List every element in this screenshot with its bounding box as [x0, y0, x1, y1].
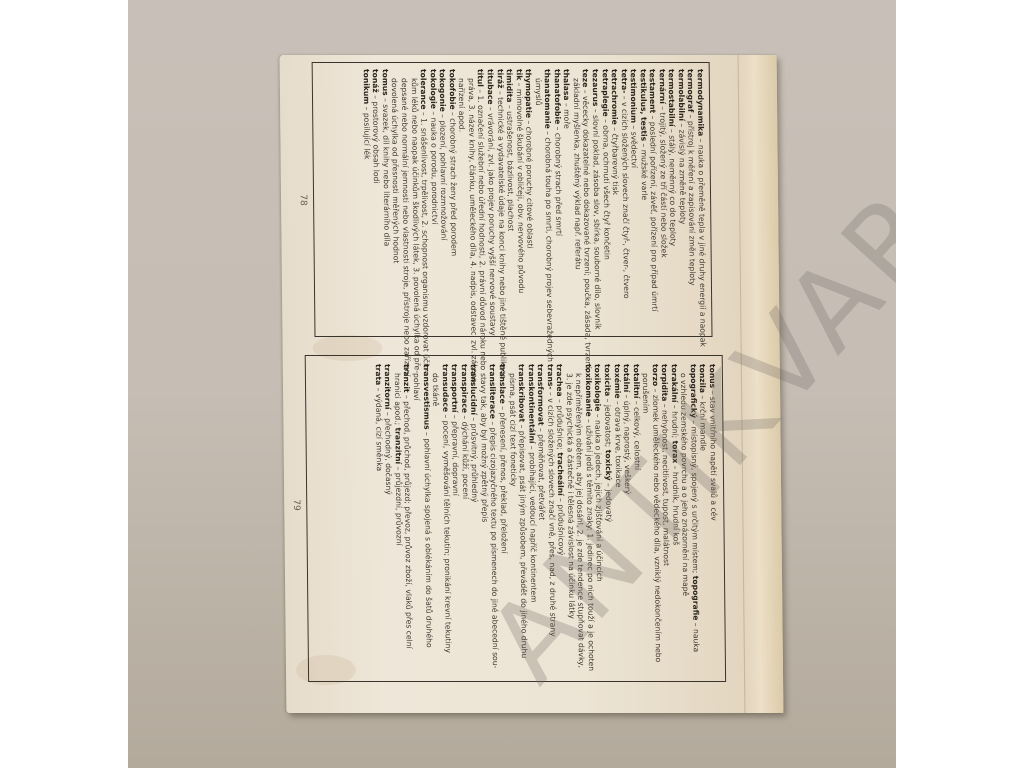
glossary-term: thanatofobie: [552, 69, 562, 124]
glossary-term: trans-: [545, 364, 554, 390]
glossary-term: titubace: [486, 69, 495, 104]
glossary-term: transportní: [450, 364, 460, 412]
glossary-term: translace: [498, 364, 507, 404]
glossary-definition: – nauka o porodu, porodnictví: [429, 109, 439, 224]
glossary-term: termograf: [686, 69, 695, 112]
glossary-term: translucidní: [469, 364, 479, 415]
glossary-term: totalitní: [631, 364, 640, 398]
page-78: termodynamika – nauka o přeměně tepla v …: [312, 62, 713, 337]
glossary-term: topografie: [691, 576, 700, 621]
glossary-term: tonzila: [698, 364, 707, 393]
glossary-term: torzo: [651, 364, 660, 386]
glossary-definition: – probíhající, vedoucí napříč kontinente…: [527, 443, 538, 602]
glossary-term: transpirace: [460, 364, 470, 413]
glossary-definition: – stálý, neměnný co do teploty: [668, 127, 678, 247]
glossary-definition: – průsvitný, průhledný: [470, 415, 480, 503]
glossary-term: toxický: [604, 450, 613, 481]
glossary-term: tonikum: [362, 69, 371, 104]
glossary-term: termodynamika: [696, 69, 706, 136]
glossary-definition: – čtyřbarevný tisk: [610, 125, 620, 195]
glossary-definition: – jedovatost;: [603, 396, 613, 450]
glossary-definition: – chorobný strach ženy před porodem: [448, 110, 459, 257]
glossary-definition: – výdaná, cizí směnka: [374, 385, 384, 471]
glossary-term: tetra-: [619, 69, 628, 93]
glossary-definition: – mužské varle: [639, 141, 649, 200]
glossary-term: testimonium: [629, 69, 639, 123]
glossary-term: tranzitorní: [383, 364, 392, 410]
glossary-definition: – přeměňovat, přetvářet: [537, 426, 547, 521]
glossary-term: torpidita: [660, 364, 669, 401]
glossary-definition: – trojitý, složený ze tří částí nebo slo…: [658, 104, 669, 258]
glossary-term: testikulus, testis: [638, 69, 648, 141]
glossary-definition: – svazek, díl knihy nebo literárního díl…: [381, 96, 392, 247]
booklet: termodynamika – nauka o přeměně tepla v …: [280, 55, 784, 713]
glossary-term: termolabilní: [677, 69, 687, 121]
glossary-definition: – hrudník, hrudní koš: [671, 463, 681, 545]
glossary-term: transkontinentální: [526, 364, 536, 443]
glossary-definition: – jedovatý: [604, 481, 613, 523]
glossary-term: transvestismus: [421, 364, 431, 430]
glossary-term: tik: [514, 69, 523, 80]
glossary-definition: – otrava krve, toxikace: [613, 399, 623, 488]
glossary-term: transudace: [440, 364, 450, 412]
glossary-term: ternární: [658, 69, 667, 104]
glossary-definition: – moře: [562, 101, 571, 129]
glossary-term: transliterace: [488, 364, 498, 419]
glossary-definition: – plození, pohlavní rozmnožování: [438, 112, 448, 241]
glossary-definition: – dýchání kůží, pocení: [460, 413, 470, 499]
glossary-definition: – prostorový obsah lodi: [371, 93, 381, 184]
glossary-term: toxémie: [612, 364, 621, 399]
glossary-definition: – posilující lék: [362, 104, 372, 159]
glossary-list-page-79: tonus – stav vnitřního napětí svalů a cé…: [373, 364, 720, 676]
glossary-term: thymopatie: [524, 69, 534, 118]
glossary-definition: – krční mandle: [699, 393, 709, 451]
glossary-term: tonáž: [371, 69, 380, 93]
glossary-list-page-78: termodynamika – nauka o přeměně tepla v …: [361, 69, 707, 331]
page-number-79: 79: [291, 499, 301, 510]
glossary-definition: – průdušnice;: [555, 397, 565, 453]
glossary-term: tokologie: [428, 69, 437, 109]
glossary-term: thalasa: [562, 69, 571, 101]
glossary-term: tetrachromie: [610, 69, 620, 125]
glossary-definition: – průjezdní, průvozní: [394, 464, 404, 546]
glossary-term: toxikomanie: [584, 364, 594, 417]
glossary-term: torakální: [670, 364, 679, 403]
glossary-definition: – hrudní;: [670, 403, 679, 441]
glossary-definition: – nauka o jedech, jejich zjišťování a úč…: [594, 411, 605, 581]
glossary-term: totální: [622, 364, 631, 392]
glossary-definition: – chorobné poruchy citové oblasti: [524, 118, 534, 249]
glossary-term: teze: [581, 69, 590, 87]
glossary-definition: – přístroj k měření a zapisování změn te…: [687, 112, 698, 285]
glossary-definition: – svědectví: [629, 123, 638, 168]
glossary-term: toxikologie: [593, 364, 602, 411]
glossary-term: trata: [374, 364, 383, 385]
glossary-definition: – celkový, celostní: [632, 398, 642, 470]
glossary-definition: – přenesení, přenos, překlad, přeložení: [498, 404, 509, 554]
glossary-definition: – obrna, ochrnutí všech čtyř končetin: [601, 117, 611, 260]
glossary-term: trachea: [555, 364, 564, 397]
photo-background: termodynamika – nauka o přeměně tepla v …: [128, 0, 896, 768]
glossary-definition: – úplný, naprostý, veškerý: [622, 392, 632, 494]
glossary-term: testament: [648, 69, 657, 113]
glossary-definition: – stav vnitřního napětí svalů a cév: [708, 388, 718, 521]
glossary-definition: – závislý na změně teploty: [677, 121, 687, 224]
glossary-definition: – nauka: [691, 620, 700, 652]
page-79: tonus – stav vnitřního napětí svalů a cé…: [305, 355, 726, 682]
glossary-term: tomus: [381, 69, 390, 96]
glossary-entry: termodynamika – nauka o přeměně tepla v …: [695, 69, 707, 331]
glossary-term: titul: [476, 69, 485, 87]
page-number-78: 78: [298, 194, 308, 205]
glossary-definition: – průdušnicový: [556, 496, 566, 556]
glossary-term: torax: [670, 441, 679, 464]
glossary-term: termostabilní: [667, 69, 677, 127]
glossary-term: tracheální: [556, 452, 565, 495]
glossary-term: tiráž: [495, 69, 504, 89]
glossary-term: tezaurus: [591, 69, 600, 106]
glossary-term: tokofobie: [447, 69, 456, 110]
glossary-term: tokogonie: [438, 69, 447, 112]
glossary-term: tonus: [708, 364, 717, 388]
glossary-definition: – přepravní, dopravní: [451, 412, 461, 495]
glossary-term: tetraplegie: [600, 69, 609, 117]
glossary-term: tranzitní: [393, 428, 402, 465]
glossary-definition: – nauka o přeměně tepla v jiné druhy ene…: [696, 136, 707, 347]
booklet-spine-edge: [738, 55, 784, 713]
glossary-definition: – chorobný strach před smrtí: [553, 124, 563, 236]
glossary-term: transkribovat: [517, 364, 527, 422]
glossary-term: toxicita: [603, 364, 612, 396]
glossary-definition: – nehybnost, necitlivost, tupost, malátn…: [660, 401, 671, 566]
glossary-term: transformovat: [536, 364, 546, 426]
glossary-term: topografický: [689, 364, 699, 418]
glossary-definition: – místopisný, spojený s určitým místem;: [689, 418, 700, 576]
glossary-term: tolerance: [419, 69, 428, 110]
glossary-term: timidita: [505, 69, 514, 103]
glossary-definition: – přechodný, dočasný: [384, 410, 394, 495]
glossary-term: tranzit: [402, 364, 411, 393]
glossary-definition: – ustrašenost, bázlivost, plachost: [505, 103, 515, 232]
glossary-term: thanatomanie: [543, 69, 553, 129]
